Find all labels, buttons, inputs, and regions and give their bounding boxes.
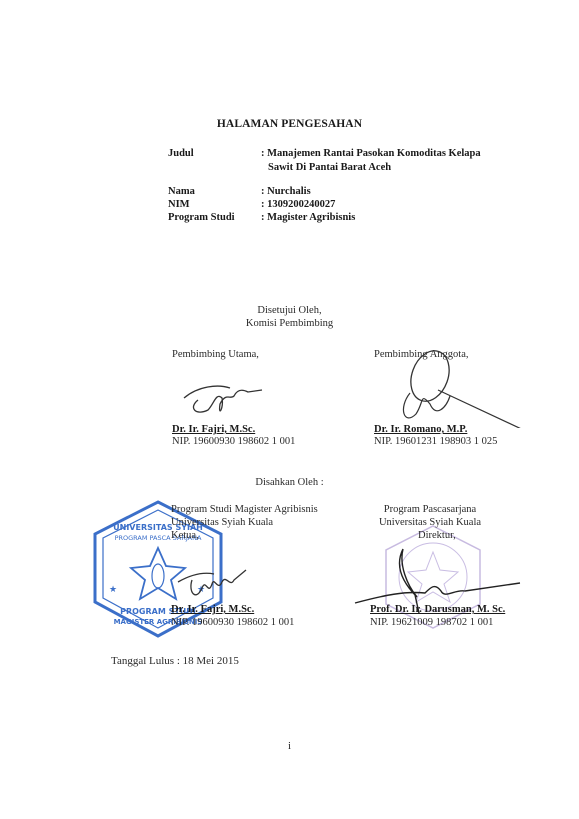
ratification-left-role: Ketua, bbox=[171, 530, 199, 541]
field-label-nim: NIM bbox=[168, 199, 190, 210]
approval-heading: Disetujui Oleh, bbox=[0, 305, 579, 316]
field-value-nama: : Nurchalis bbox=[261, 186, 311, 197]
ratification-right-name: Prof. Dr. Ir. Darusman, M. Sc. bbox=[370, 604, 505, 615]
ratification-left-line2: Universitas Syiah Kuala bbox=[171, 517, 273, 528]
field-value-judul-line2: Sawit Di Pantai Barat Aceh bbox=[268, 162, 391, 173]
signature-fajri-ketua bbox=[174, 558, 254, 608]
signature-romano bbox=[390, 348, 540, 428]
graduation-date: Tanggal Lulus : 18 Mei 2015 bbox=[111, 655, 239, 667]
approval-right-name: Dr. Ir. Romano, M.P. bbox=[374, 424, 467, 435]
field-label-program-studi: Program Studi bbox=[168, 212, 235, 223]
svg-text:★: ★ bbox=[109, 585, 117, 595]
field-label-judul: Judul bbox=[168, 148, 194, 159]
approval-left-role: Pembimbing Utama, bbox=[172, 349, 259, 360]
ratification-right-line2: Universitas Syiah Kuala bbox=[360, 517, 500, 528]
page-number: i bbox=[0, 740, 579, 752]
ratification-right-nip: NIP. 19621009 198702 1 001 bbox=[370, 617, 493, 628]
approval-left-nip: NIP. 19600930 198602 1 001 bbox=[172, 436, 295, 447]
ratification-right-role: Direktur, bbox=[418, 530, 456, 541]
signature-fajri bbox=[178, 378, 268, 423]
page-title: HALAMAN PENGESAHAN bbox=[0, 118, 579, 130]
approval-left-name: Dr. Ir. Fajri, M.Sc. bbox=[172, 424, 255, 435]
ratification-heading: Disahkan Oleh : bbox=[0, 477, 579, 488]
field-value-judul: : Manajemen Rantai Pasokan Komoditas Kel… bbox=[261, 148, 481, 159]
ratification-left-nip: NIP. 19600930 198602 1 001 bbox=[171, 617, 294, 628]
ratification-left-line1: Program Studi Magister Agribisnis bbox=[171, 504, 318, 515]
field-value-program-studi: : Magister Agribisnis bbox=[261, 212, 355, 223]
field-value-nim: : 1309200240027 bbox=[261, 199, 335, 210]
approval-subheading: Komisi Pembimbing bbox=[0, 318, 579, 329]
approval-right-nip: NIP. 19601231 198903 1 025 bbox=[374, 436, 497, 447]
ratification-left-name: Dr. Ir. Fajri, M.Sc. bbox=[171, 604, 254, 615]
field-label-nama: Nama bbox=[168, 186, 195, 197]
ratification-right-line1: Program Pascasarjana bbox=[360, 504, 500, 515]
